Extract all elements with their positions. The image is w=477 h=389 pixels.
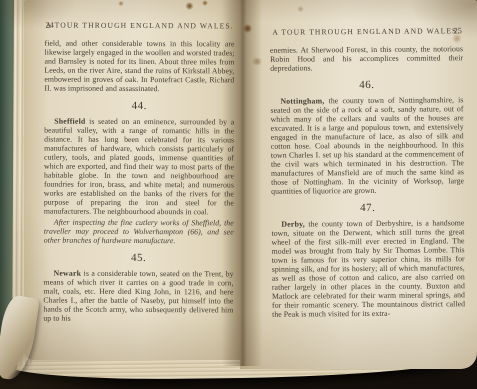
running-title: A TOUR THROUGH ENGLAND AND WALES. <box>272 26 460 36</box>
right-page-number: 25 <box>454 26 462 35</box>
place-name-nottingham: Nottingham, <box>280 96 324 105</box>
section-number-46: 46. <box>270 78 463 92</box>
left-page-number: 24 <box>46 20 54 29</box>
left-page-text: 24 A TOUR THROUGH ENGLAND AND WALES. fie… <box>43 21 234 326</box>
place-name-newark: Newark <box>54 269 82 278</box>
running-title: A TOUR THROUGH ENGLAND AND WALES. <box>46 21 234 31</box>
open-book-photo: 24 A TOUR THROUGH ENGLAND AND WALES. fie… <box>0 0 477 389</box>
continuation-paragraph: field, and other considerable towns in t… <box>44 39 234 94</box>
nottingham-paragraph: Nottingham, the county town of Nottingha… <box>270 95 464 196</box>
continuation-paragraph: enemies. At Sherwood Forest, in this cou… <box>270 44 463 73</box>
sheffield-paragraph: Sheffield is seated on an eminence, surr… <box>44 117 234 217</box>
derby-paragraph: Derby, the county town of Derbyshire, is… <box>271 218 465 319</box>
paragraph-text: is a considerable town, seated on the Tr… <box>43 269 233 323</box>
paragraph-text: the county town of Derbyshire, is a hand… <box>271 218 465 319</box>
traveller-note: After inspecting the fine cutlery works … <box>44 218 234 246</box>
section-number-47: 47. <box>271 201 464 215</box>
section-number-45: 45. <box>44 252 234 265</box>
place-name-sheffield: Sheffield <box>54 117 85 126</box>
section-number-44: 44. <box>44 100 234 113</box>
paragraph-text: the county town of Nottinghamshire, is s… <box>270 95 464 196</box>
right-page-header: A TOUR THROUGH ENGLAND AND WALES. 25 <box>270 26 463 37</box>
place-name-derby: Derby, <box>281 219 305 228</box>
newark-paragraph: Newark is a considerable town, seated on… <box>43 269 233 324</box>
paragraph-text: is seated on an eminence, surrounded by … <box>44 117 234 217</box>
right-page-text: A TOUR THROUGH ENGLAND AND WALES. 25 ene… <box>270 26 465 321</box>
left-page-header: 24 A TOUR THROUGH ENGLAND AND WALES. <box>45 21 235 31</box>
